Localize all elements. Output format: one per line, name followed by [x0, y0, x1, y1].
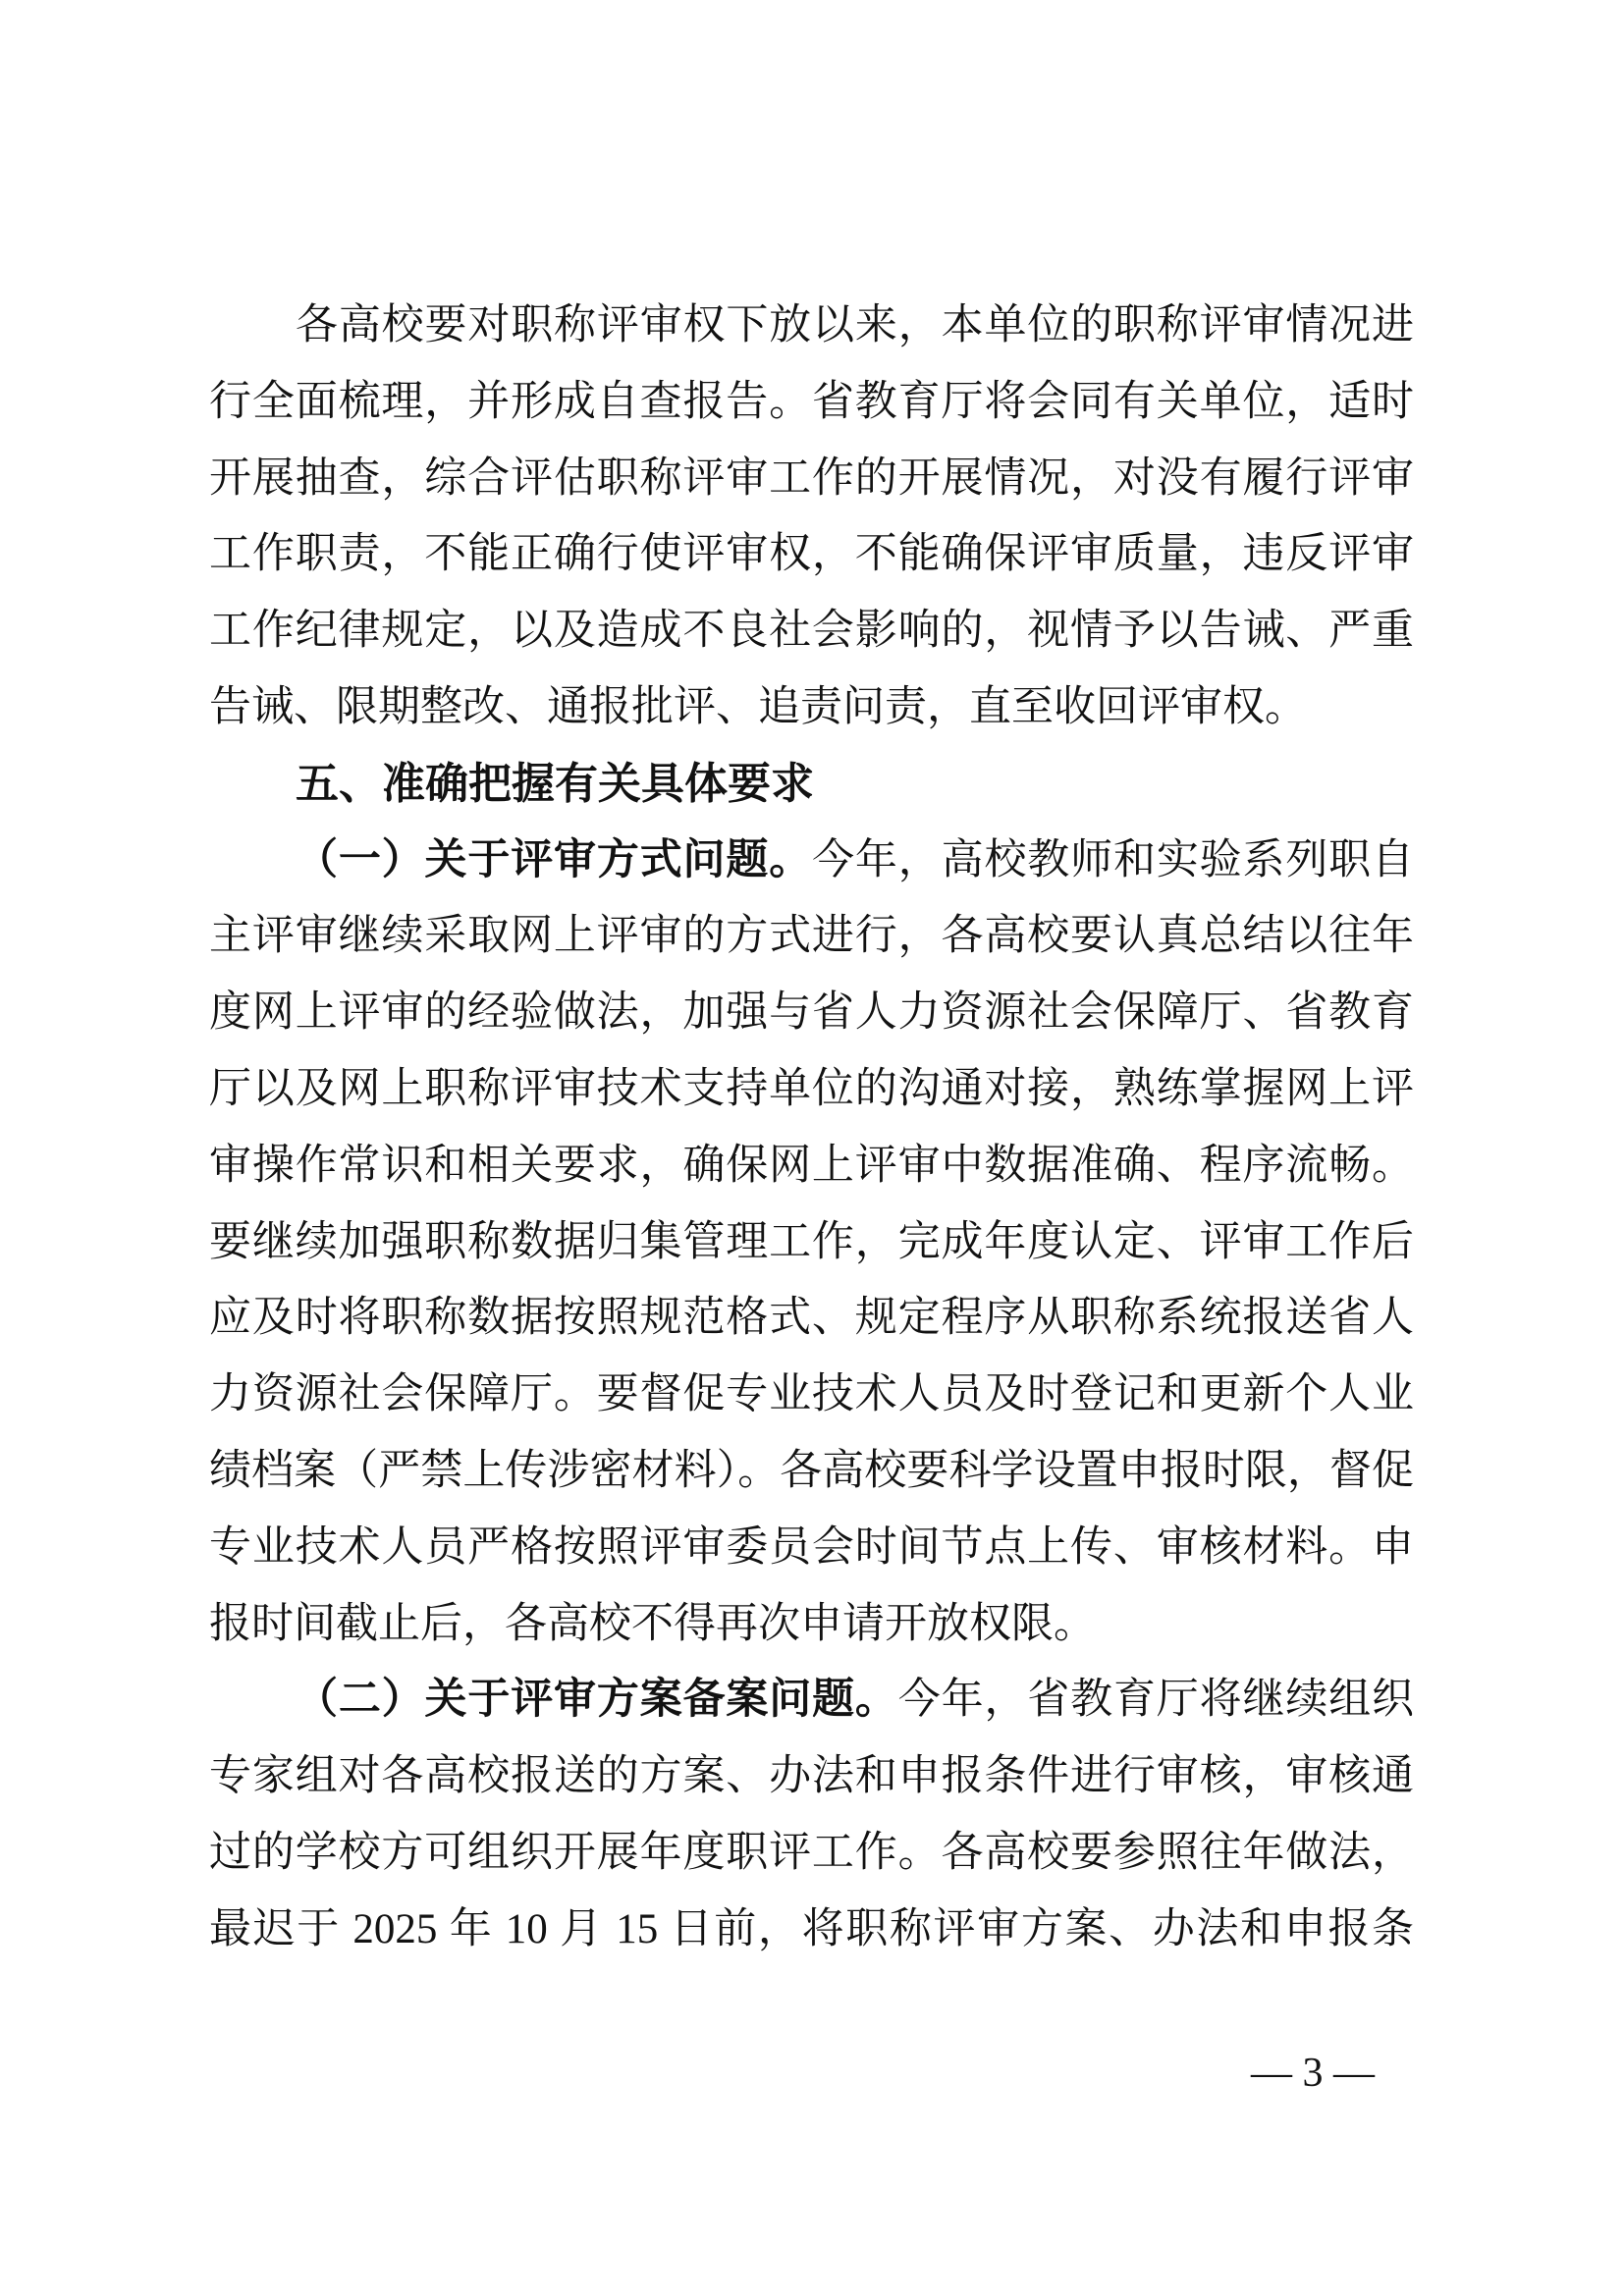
page-number: — 3 — [1251, 2050, 1375, 2097]
paragraph: （二）关于评审方案备案问题。今年，省教育厅将继续组织专家组对各高校报送的方案、办… [209, 1662, 1414, 1967]
text-line: 告诫、限期整改、通报批评、追责问责，直至收回评审权。 [209, 669, 1414, 746]
text-line: 各高校要对职称评审权下放以来，本单位的职称评审情况进 [209, 288, 1414, 364]
paragraph: 各高校要对职称评审权下放以来，本单位的职称评审情况进行全面梳理，并形成自查报告。… [209, 288, 1414, 746]
text-line: 行全面梳理，并形成自查报告。省教育厅将会同有关单位，适时 [209, 364, 1414, 441]
text-line: 要继续加强职称数据归集管理工作，完成年度认定、评审工作后 [209, 1204, 1414, 1281]
text-line: 度网上评审的经验做法，加强与省人力资源社会保障厅、省教育 [209, 975, 1414, 1051]
document-page: 各高校要对职称评审权下放以来，本单位的职称评审情况进行全面梳理，并形成自查报告。… [0, 0, 1624, 2296]
text-segment-bold: （一）关于评审方式问题。 [296, 837, 812, 883]
section-heading: 五、准确把握有关具体要求 [209, 746, 1414, 823]
text-line: 厅以及网上职称评审技术支持单位的沟通对接，熟练掌握网上评 [209, 1051, 1414, 1128]
text-line: 力资源社会保障厅。要督促专业技术人员及时登记和更新个人业 [209, 1357, 1414, 1433]
text-line: 应及时将职称数据按照规范格式、规定程序从职称系统报送省人 [209, 1280, 1414, 1357]
text-line: 专业技术人员严格按照评审委员会时间节点上传、审核材料。申 [209, 1510, 1414, 1586]
text-line: 审操作常识和相关要求，确保网上评审中数据准确、程序流畅。 [209, 1128, 1414, 1204]
text-line: 最迟于 2025 年 10 月 15 日前，将职称评审方案、办法和申报条 [209, 1892, 1414, 1968]
text-line: 专家组对各高校报送的方案、办法和申报条件进行审核，审核通 [209, 1738, 1414, 1815]
text-line: （一）关于评审方式问题。今年，高校教师和实验系列职自 [209, 823, 1414, 899]
document-body: 各高校要对职称评审权下放以来，本单位的职称评审情况进行全面梳理，并形成自查报告。… [209, 288, 1414, 1968]
text-line: 五、准确把握有关具体要求 [209, 746, 1414, 823]
text-line: 工作纪律规定，以及造成不良社会影响的，视情予以告诫、严重 [209, 593, 1414, 669]
text-line: （二）关于评审方案备案问题。今年，省教育厅将继续组织 [209, 1662, 1414, 1738]
text-segment-bold: （二）关于评审方案备案问题。 [296, 1677, 898, 1723]
text-line: 主评审继续采取网上评审的方式进行，各高校要认真总结以往年 [209, 898, 1414, 975]
text-line: 绩档案（严禁上传涉密材料）。各高校要科学设置申报时限，督促 [209, 1433, 1414, 1510]
text-line: 开展抽查，综合评估职称评审工作的开展情况，对没有履行评审 [209, 441, 1414, 517]
text-line: 工作职责，不能正确行使评审权，不能确保评审质量，违反评审 [209, 516, 1414, 593]
text-line: 报时间截止后，各高校不得再次申请开放权限。 [209, 1586, 1414, 1663]
text-line: 过的学校方可组织开展年度职评工作。各高校要参照往年做法， [209, 1815, 1414, 1892]
paragraph: （一）关于评审方式问题。今年，高校教师和实验系列职自主评审继续采取网上评审的方式… [209, 823, 1414, 1663]
